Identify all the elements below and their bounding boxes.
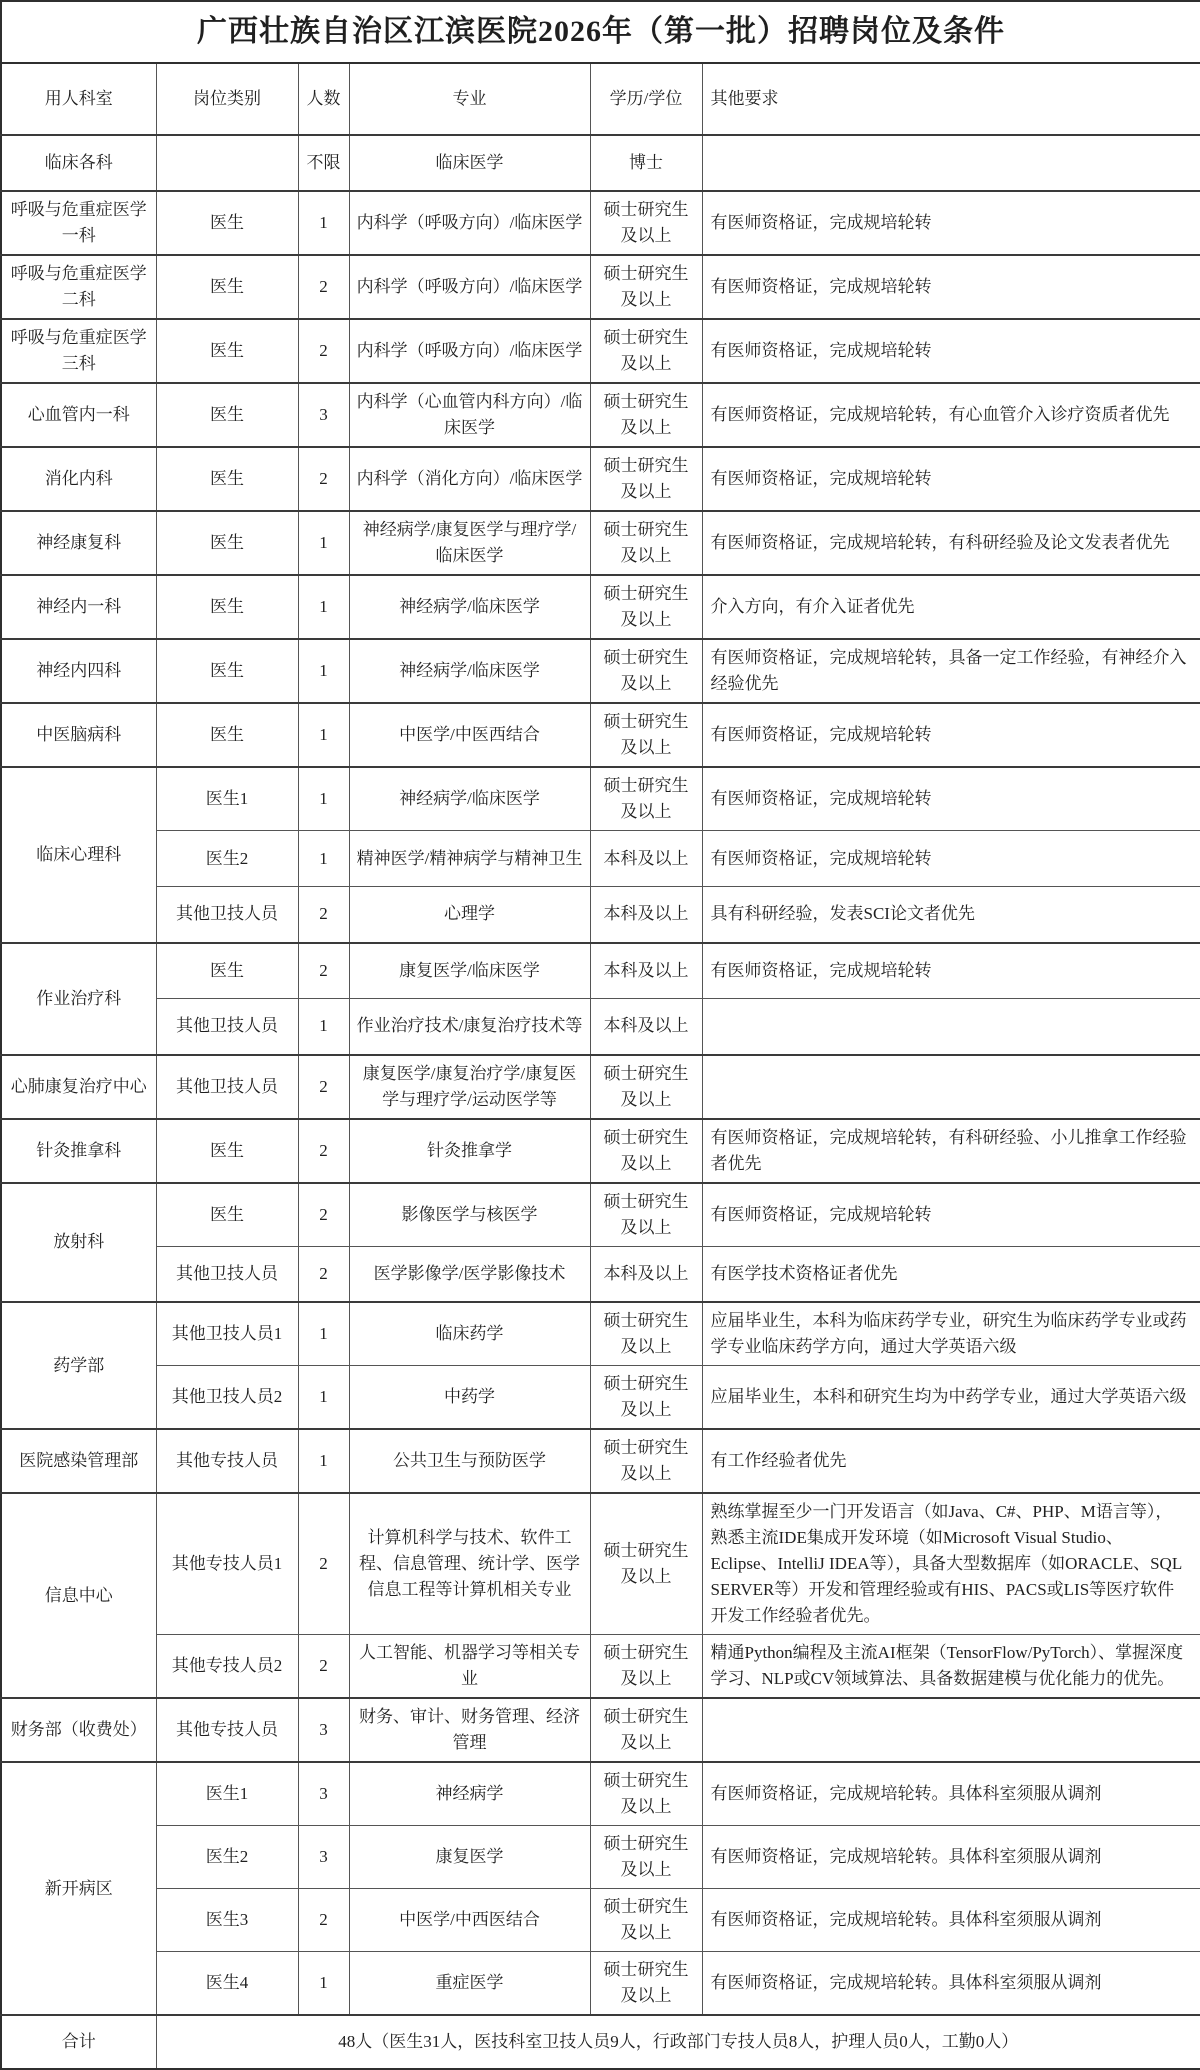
- cell-degree: 硕士研究生及以上: [590, 1826, 702, 1889]
- table-row: 神经内一科医生1神经病学/临床医学硕士研究生及以上介入方向，有介入证者优先: [1, 575, 1200, 639]
- cell-category: 其他卫技人员: [156, 1055, 298, 1119]
- cell-count: 2: [298, 1889, 349, 1952]
- table-row: 呼吸与危重症医学一科医生1内科学（呼吸方向）/临床医学硕士研究生及以上有医师资格…: [1, 191, 1200, 255]
- cell-major: 神经病学/临床医学: [349, 575, 590, 639]
- cell-category: 其他专技人员: [156, 1698, 298, 1762]
- cell-count: 1: [298, 767, 349, 831]
- table-row: 心肺康复治疗中心其他卫技人员2康复医学/康复治疗学/康复医学与理疗学/运动医学等…: [1, 1055, 1200, 1119]
- cell-major: 临床药学: [349, 1302, 590, 1366]
- cell-count: 1: [298, 191, 349, 255]
- cell-dept: 临床心理科: [1, 767, 156, 943]
- cell-degree: 硕士研究生及以上: [590, 1366, 702, 1430]
- cell-other: 应届毕业生，本科和研究生均为中药学专业，通过大学英语六级: [702, 1366, 1200, 1430]
- cell-degree: 硕士研究生及以上: [590, 319, 702, 383]
- cell-count: 3: [298, 1826, 349, 1889]
- cell-count: 1: [298, 703, 349, 767]
- cell-other: 有医师资格证，完成规培轮转: [702, 447, 1200, 511]
- cell-category: 医生: [156, 943, 298, 999]
- cell-count: 1: [298, 511, 349, 575]
- cell-degree: 硕士研究生及以上: [590, 1183, 702, 1247]
- cell-degree: 硕士研究生及以上: [590, 1952, 702, 2016]
- cell-major: 康复医学/康复治疗学/康复医学与理疗学/运动医学等: [349, 1055, 590, 1119]
- cell-other: 精通Python编程及主流AI框架（TensorFlow/PyTorch）、掌握…: [702, 1635, 1200, 1699]
- table-row: 医生41重症医学硕士研究生及以上有医师资格证，完成规培轮转。具体科室须服从调剂: [1, 1952, 1200, 2016]
- cell-major: 中药学: [349, 1366, 590, 1430]
- cell-dept: 药学部: [1, 1302, 156, 1429]
- cell-major: 公共卫生与预防医学: [349, 1429, 590, 1493]
- cell-major: 精神医学/精神病学与精神卫生: [349, 831, 590, 887]
- cell-category: 医生1: [156, 767, 298, 831]
- cell-major: 针灸推拿学: [349, 1119, 590, 1183]
- cell-major: 神经病学: [349, 1762, 590, 1826]
- cell-major: 康复医学/临床医学: [349, 943, 590, 999]
- cell-degree: 硕士研究生及以上: [590, 1762, 702, 1826]
- cell-other: 有医师资格证，完成规培轮转。具体科室须服从调剂: [702, 1889, 1200, 1952]
- cell-category: 医生3: [156, 1889, 298, 1952]
- total-summary: 48人（医生31人，医技科室卫技人员9人，行政部门专技人员8人，护理人员0人，工…: [156, 2015, 1200, 2069]
- cell-other: 有医师资格证，完成规培轮转: [702, 703, 1200, 767]
- table-row: 其他卫技人员21中药学硕士研究生及以上应届毕业生，本科和研究生均为中药学专业，通…: [1, 1366, 1200, 1430]
- table-row: 其他卫技人员2医学影像学/医学影像技术本科及以上有医学技术资格证者优先: [1, 1246, 1200, 1302]
- cell-category: 医生: [156, 511, 298, 575]
- cell-other: [702, 135, 1200, 191]
- cell-degree: 硕士研究生及以上: [590, 703, 702, 767]
- page-title: 广西壮族自治区江滨医院2026年（第一批）招聘岗位及条件: [1, 1, 1200, 63]
- cell-category: 医生: [156, 639, 298, 703]
- cell-major: 作业治疗技术/康复治疗技术等: [349, 999, 590, 1055]
- cell-degree: 硕士研究生及以上: [590, 1698, 702, 1762]
- cell-dept: 信息中心: [1, 1493, 156, 1698]
- cell-degree: 硕士研究生及以上: [590, 255, 702, 319]
- cell-count: 2: [298, 1635, 349, 1699]
- cell-category: 医生: [156, 1183, 298, 1247]
- cell-degree: 硕士研究生及以上: [590, 575, 702, 639]
- total-row: 合计 48人（医生31人，医技科室卫技人员9人，行政部门专技人员8人，护理人员0…: [1, 2015, 1200, 2069]
- cell-count: 2: [298, 1493, 349, 1635]
- cell-major: 内科学（呼吸方向）/临床医学: [349, 255, 590, 319]
- cell-degree: 硕士研究生及以上: [590, 447, 702, 511]
- table-row: 放射科医生2影像医学与核医学硕士研究生及以上有医师资格证，完成规培轮转: [1, 1183, 1200, 1247]
- cell-other: 有医师资格证，完成规培轮转。具体科室须服从调剂: [702, 1762, 1200, 1826]
- cell-count: 3: [298, 383, 349, 447]
- cell-other: 熟练掌握至少一门开发语言（如Java、C#、PHP、M语言等），熟悉主流IDE集…: [702, 1493, 1200, 1635]
- cell-major: 医学影像学/医学影像技术: [349, 1246, 590, 1302]
- cell-category: 其他卫技人员1: [156, 1302, 298, 1366]
- cell-degree: 硕士研究生及以上: [590, 1302, 702, 1366]
- cell-other: 有医师资格证，完成规培轮转: [702, 191, 1200, 255]
- cell-major: 内科学（消化方向）/临床医学: [349, 447, 590, 511]
- cell-other: 介入方向，有介入证者优先: [702, 575, 1200, 639]
- cell-other: [702, 999, 1200, 1055]
- column-header-degree: 学历/学位: [590, 63, 702, 135]
- cell-count: 1: [298, 999, 349, 1055]
- cell-major: 中医学/中医西结合: [349, 703, 590, 767]
- cell-dept: 放射科: [1, 1183, 156, 1303]
- cell-count: 2: [298, 1055, 349, 1119]
- total-label: 合计: [1, 2015, 156, 2069]
- cell-count: 1: [298, 575, 349, 639]
- cell-degree: 博士: [590, 135, 702, 191]
- cell-dept: 针灸推拿科: [1, 1119, 156, 1183]
- cell-dept: 消化内科: [1, 447, 156, 511]
- cell-count: 2: [298, 1246, 349, 1302]
- cell-count: 2: [298, 943, 349, 999]
- cell-major: 心理学: [349, 887, 590, 943]
- cell-category: 医生: [156, 447, 298, 511]
- cell-degree: 硕士研究生及以上: [590, 1635, 702, 1699]
- cell-major: 内科学（呼吸方向）/临床医学: [349, 191, 590, 255]
- cell-count: 1: [298, 1429, 349, 1493]
- cell-count: 1: [298, 1952, 349, 2016]
- table-row: 呼吸与危重症医学三科医生2内科学（呼吸方向）/临床医学硕士研究生及以上有医师资格…: [1, 319, 1200, 383]
- cell-other: 有医学技术资格证者优先: [702, 1246, 1200, 1302]
- cell-major: 人工智能、机器学习等相关专业: [349, 1635, 590, 1699]
- cell-category: 医生: [156, 319, 298, 383]
- cell-category: 其他卫技人员: [156, 1246, 298, 1302]
- cell-other: 有医师资格证，完成规培轮转: [702, 1183, 1200, 1247]
- column-header-other: 其他要求: [702, 63, 1200, 135]
- recruitment-table: 广西壮族自治区江滨医院2026年（第一批）招聘岗位及条件 用人科室岗位类别人数专…: [0, 0, 1200, 2070]
- cell-dept: 神经内四科: [1, 639, 156, 703]
- cell-category: 医生2: [156, 831, 298, 887]
- table-row: 呼吸与危重症医学二科医生2内科学（呼吸方向）/临床医学硕士研究生及以上有医师资格…: [1, 255, 1200, 319]
- cell-major: 重症医学: [349, 1952, 590, 2016]
- table-row: 神经内四科医生1神经病学/临床医学硕士研究生及以上有医师资格证，完成规培轮转，具…: [1, 639, 1200, 703]
- table-row: 医生23康复医学硕士研究生及以上有医师资格证，完成规培轮转。具体科室须服从调剂: [1, 1826, 1200, 1889]
- cell-category: 其他专技人员: [156, 1429, 298, 1493]
- cell-major: 计算机科学与技术、软件工程、信息管理、统计学、医学信息工程等计算机相关专业: [349, 1493, 590, 1635]
- cell-category: 医生: [156, 191, 298, 255]
- cell-major: 内科学（心血管内科方向）/临床医学: [349, 383, 590, 447]
- cell-degree: 本科及以上: [590, 999, 702, 1055]
- cell-dept: 医院感染管理部: [1, 1429, 156, 1493]
- cell-dept: 呼吸与危重症医学二科: [1, 255, 156, 319]
- cell-other: 应届毕业生，本科为临床药学专业，研究生为临床药学专业或药学专业临床药学方向，通过…: [702, 1302, 1200, 1366]
- cell-degree: 本科及以上: [590, 887, 702, 943]
- column-header-count: 人数: [298, 63, 349, 135]
- title-row: 广西壮族自治区江滨医院2026年（第一批）招聘岗位及条件: [1, 1, 1200, 63]
- cell-degree: 硕士研究生及以上: [590, 191, 702, 255]
- cell-other: 有医师资格证，完成规培轮转: [702, 831, 1200, 887]
- cell-other: 有医师资格证，完成规培轮转: [702, 255, 1200, 319]
- cell-category: 其他卫技人员2: [156, 1366, 298, 1430]
- cell-other: [702, 1698, 1200, 1762]
- cell-dept: 作业治疗科: [1, 943, 156, 1055]
- cell-count: 2: [298, 447, 349, 511]
- table-row: 消化内科医生2内科学（消化方向）/临床医学硕士研究生及以上有医师资格证，完成规培…: [1, 447, 1200, 511]
- cell-category: 医生4: [156, 1952, 298, 2016]
- cell-other: 有医师资格证，完成规培轮转，有科研经验及论文发表者优先: [702, 511, 1200, 575]
- cell-other: 有医师资格证，完成规培轮转。具体科室须服从调剂: [702, 1952, 1200, 2016]
- cell-category: 医生2: [156, 1826, 298, 1889]
- cell-major: 神经病学/临床医学: [349, 767, 590, 831]
- cell-category: 其他卫技人员: [156, 887, 298, 943]
- cell-other: 有工作经验者优先: [702, 1429, 1200, 1493]
- cell-major: 康复医学: [349, 1826, 590, 1889]
- cell-dept: 神经康复科: [1, 511, 156, 575]
- cell-major: 中医学/中西医结合: [349, 1889, 590, 1952]
- cell-major: 神经病学/临床医学: [349, 639, 590, 703]
- column-header-dept: 用人科室: [1, 63, 156, 135]
- cell-dept: 新开病区: [1, 1762, 156, 2015]
- table-row: 药学部其他卫技人员11临床药学硕士研究生及以上应届毕业生，本科为临床药学专业，研…: [1, 1302, 1200, 1366]
- cell-dept: 中医脑病科: [1, 703, 156, 767]
- cell-other: 有医师资格证，完成规培轮转，有心血管介入诊疗资质者优先: [702, 383, 1200, 447]
- cell-dept: 神经内一科: [1, 575, 156, 639]
- column-header-category: 岗位类别: [156, 63, 298, 135]
- cell-category: 医生: [156, 1119, 298, 1183]
- cell-category: 其他专技人员1: [156, 1493, 298, 1635]
- cell-dept: 财务部（收费处）: [1, 1698, 156, 1762]
- cell-degree: 硕士研究生及以上: [590, 639, 702, 703]
- table-row: 临床心理科医生11神经病学/临床医学硕士研究生及以上有医师资格证，完成规培轮转: [1, 767, 1200, 831]
- cell-major: 财务、审计、财务管理、经济管理: [349, 1698, 590, 1762]
- cell-major: 内科学（呼吸方向）/临床医学: [349, 319, 590, 383]
- table-row: 临床各科不限临床医学博士: [1, 135, 1200, 191]
- table-row: 其他卫技人员2心理学本科及以上具有科研经验，发表SCI论文者优先: [1, 887, 1200, 943]
- cell-degree: 硕士研究生及以上: [590, 1889, 702, 1952]
- table-row: 其他卫技人员1作业治疗技术/康复治疗技术等本科及以上: [1, 999, 1200, 1055]
- cell-degree: 硕士研究生及以上: [590, 1119, 702, 1183]
- table-row: 医院感染管理部其他专技人员1公共卫生与预防医学硕士研究生及以上有工作经验者优先: [1, 1429, 1200, 1493]
- table-row: 医生21精神医学/精神病学与精神卫生本科及以上有医师资格证，完成规培轮转: [1, 831, 1200, 887]
- cell-dept: 呼吸与危重症医学三科: [1, 319, 156, 383]
- cell-other: 有医师资格证，完成规培轮转，具备一定工作经验，有神经介入经验优先: [702, 639, 1200, 703]
- cell-major: 影像医学与核医学: [349, 1183, 590, 1247]
- cell-other: 有医师资格证，完成规培轮转。具体科室须服从调剂: [702, 1826, 1200, 1889]
- cell-other: [702, 1055, 1200, 1119]
- cell-count: 3: [298, 1698, 349, 1762]
- cell-count: 1: [298, 639, 349, 703]
- cell-count: 1: [298, 831, 349, 887]
- cell-category: 其他卫技人员: [156, 999, 298, 1055]
- cell-count: 3: [298, 1762, 349, 1826]
- cell-other: 有医师资格证，完成规培轮转: [702, 943, 1200, 999]
- cell-degree: 硕士研究生及以上: [590, 1429, 702, 1493]
- cell-count: 1: [298, 1302, 349, 1366]
- cell-category: 医生: [156, 383, 298, 447]
- cell-category: [156, 135, 298, 191]
- cell-major: 神经病学/康复医学与理疗学/临床医学: [349, 511, 590, 575]
- cell-count: 不限: [298, 135, 349, 191]
- table-row: 中医脑病科医生1中医学/中医西结合硕士研究生及以上有医师资格证，完成规培轮转: [1, 703, 1200, 767]
- table-row: 医生32中医学/中西医结合硕士研究生及以上有医师资格证，完成规培轮转。具体科室须…: [1, 1889, 1200, 1952]
- cell-category: 医生: [156, 703, 298, 767]
- cell-category: 其他专技人员2: [156, 1635, 298, 1699]
- cell-degree: 本科及以上: [590, 943, 702, 999]
- cell-count: 2: [298, 255, 349, 319]
- cell-degree: 硕士研究生及以上: [590, 1055, 702, 1119]
- cell-category: 医生1: [156, 1762, 298, 1826]
- table-row: 新开病区医生13神经病学硕士研究生及以上有医师资格证，完成规培轮转。具体科室须服…: [1, 1762, 1200, 1826]
- cell-count: 1: [298, 1366, 349, 1430]
- cell-degree: 本科及以上: [590, 831, 702, 887]
- cell-degree: 本科及以上: [590, 1246, 702, 1302]
- document-page: 广西壮族自治区江滨医院2026年（第一批）招聘岗位及条件 用人科室岗位类别人数专…: [0, 0, 1200, 2070]
- table-row: 针灸推拿科医生2针灸推拿学硕士研究生及以上有医师资格证，完成规培轮转，有科研经验…: [1, 1119, 1200, 1183]
- table-row: 心血管内一科医生3内科学（心血管内科方向）/临床医学硕士研究生及以上有医师资格证…: [1, 383, 1200, 447]
- cell-category: 医生: [156, 575, 298, 639]
- cell-count: 2: [298, 1119, 349, 1183]
- cell-dept: 心血管内一科: [1, 383, 156, 447]
- table-body: 临床各科不限临床医学博士呼吸与危重症医学一科医生1内科学（呼吸方向）/临床医学硕…: [1, 135, 1200, 2015]
- cell-count: 2: [298, 319, 349, 383]
- table-row: 信息中心其他专技人员12计算机科学与技术、软件工程、信息管理、统计学、医学信息工…: [1, 1493, 1200, 1635]
- table-row: 财务部（收费处）其他专技人员3财务、审计、财务管理、经济管理硕士研究生及以上: [1, 1698, 1200, 1762]
- cell-other: 有医师资格证，完成规培轮转，有科研经验、小儿推拿工作经验者优先: [702, 1119, 1200, 1183]
- table-row: 作业治疗科医生2康复医学/临床医学本科及以上有医师资格证，完成规培轮转: [1, 943, 1200, 999]
- table-row: 其他专技人员22人工智能、机器学习等相关专业硕士研究生及以上精通Python编程…: [1, 1635, 1200, 1699]
- cell-count: 2: [298, 1183, 349, 1247]
- cell-degree: 硕士研究生及以上: [590, 511, 702, 575]
- cell-degree: 硕士研究生及以上: [590, 767, 702, 831]
- cell-other: 有医师资格证，完成规培轮转: [702, 319, 1200, 383]
- table-header-row: 用人科室岗位类别人数专业学历/学位其他要求: [1, 63, 1200, 135]
- table-row: 神经康复科医生1神经病学/康复医学与理疗学/临床医学硕士研究生及以上有医师资格证…: [1, 511, 1200, 575]
- cell-count: 2: [298, 887, 349, 943]
- cell-dept: 心肺康复治疗中心: [1, 1055, 156, 1119]
- cell-degree: 硕士研究生及以上: [590, 1493, 702, 1635]
- cell-major: 临床医学: [349, 135, 590, 191]
- cell-dept: 临床各科: [1, 135, 156, 191]
- cell-dept: 呼吸与危重症医学一科: [1, 191, 156, 255]
- cell-category: 医生: [156, 255, 298, 319]
- cell-other: 有医师资格证，完成规培轮转: [702, 767, 1200, 831]
- cell-degree: 硕士研究生及以上: [590, 383, 702, 447]
- column-header-major: 专业: [349, 63, 590, 135]
- cell-other: 具有科研经验，发表SCI论文者优先: [702, 887, 1200, 943]
